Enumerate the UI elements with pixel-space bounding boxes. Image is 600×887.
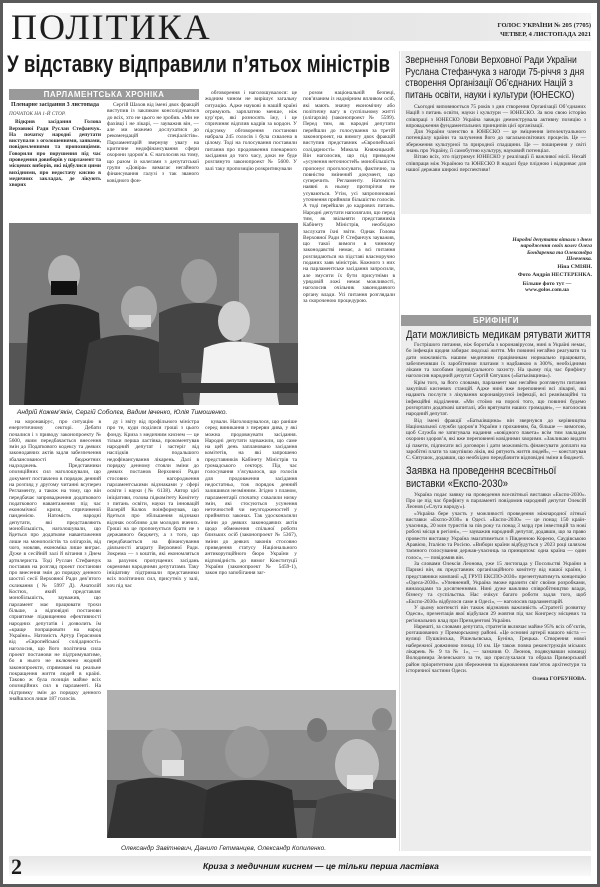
briefing-paragraph: «Україна бере участь у можливості провед…: [406, 511, 586, 561]
article-column-1-top: Пленарне засідання 3 листопада ПОЧАТОК Н…: [9, 102, 101, 215]
photo-credit: Фото Андрія НЕСТЕРЕНКА.: [502, 272, 592, 278]
author-signature: Ніна СМІЯН.: [502, 264, 592, 270]
article-subhead: Пленарне засідання 3 листопада: [9, 102, 101, 109]
briefing-2-text: Україна подає заявку на проведення всесв…: [401, 492, 591, 683]
article-column-1-mid: на коронавірус, про ситуацію в енергетич…: [9, 419, 101, 849]
birthday-note: Народні депутати вітали з днем народженн…: [502, 237, 592, 262]
sidebar-paragraph: Вітаю всіх, хто підтримує ЮНЕСКО у реалі…: [406, 154, 586, 173]
rubric-title: ПОЛІТИКА: [11, 9, 212, 45]
newspaper-issue: ГОЛОС УКРАЇНИ № 205 (7705): [498, 21, 591, 30]
main-headline: У відставку відправили п’ятьох міністрів: [7, 51, 311, 79]
photo-deputies-1: [9, 223, 298, 405]
briefing-author: Олена ГОРБУНОВА.: [406, 676, 586, 682]
section-briefings: БРИФІНГИ: [401, 315, 591, 326]
continued-from: ПОЧАТОК НА 1-Й СТОР.: [9, 111, 101, 117]
issue-date: ЧЕТВЕР, 4 ЛИСТОПАДА 2021: [498, 30, 591, 39]
sidebar-text: Сьогодні виповнюється 75 років з дня ств…: [401, 104, 591, 173]
issue-info: ГОЛОС УКРАЇНИ № 205 (7705) ЧЕТВЕР, 4 ЛИС…: [498, 21, 591, 39]
article-text: Сергій Шахов від імені двох фракцій вист…: [107, 102, 199, 184]
briefing-2-title: Заявка на проведення всесвітньої виставк…: [406, 465, 576, 491]
briefing-paragraph: Нарешті, за словами депутата, стратегія …: [406, 624, 586, 674]
article-text: розом національній безпеці, пов’язаним і…: [303, 90, 395, 304]
briefing-1-title: Дати можливість медикам рятувати життя: [406, 329, 586, 342]
photo-illustration: [9, 223, 298, 405]
article-column-3-top: обговорення і наголошувалося: це жодним …: [205, 90, 297, 215]
briefing-paragraph: За словами Олексія Леонова, уже 15 листо…: [406, 561, 586, 605]
sidebar-paragraph: Для України членство в ЮНЕСКО — це зміцн…: [406, 129, 586, 154]
section-parliament-chronicle: ПАРЛАМЕНТСЬКА ХРОНІКА: [9, 89, 199, 100]
briefings-box: БРИФІНГИ Дати можливість медикам рятуват…: [401, 315, 591, 851]
photo-deputies-2: [107, 690, 396, 838]
article-text: на коронавірус, про ситуацію в енергетич…: [9, 419, 101, 702]
photo-illustration: [107, 690, 396, 838]
briefing-paragraph: Україна подає заявку на проведення всесв…: [406, 492, 586, 511]
page-number: 2: [11, 856, 22, 878]
article-text: ду і звіту від профільного міністра про …: [107, 419, 199, 589]
more-photos-link[interactable]: Більше фото тут — www.golos.com.ua: [502, 281, 592, 294]
newspaper-page: ПОЛІТИКА ГОЛОС УКРАЇНИ № 205 (7705) ЧЕТВ…: [3, 3, 597, 884]
briefing-paragraph: Гострішого питання, ніж боротьба з корон…: [406, 342, 586, 380]
sidebar-paragraph: Сьогодні виповнюється 75 років з дня ств…: [406, 104, 586, 129]
unesco-address-box: Звернення Голови Верховної Ради України …: [401, 51, 591, 214]
briefing-1-text: Гострішого питання, ніж боротьба з корон…: [401, 342, 591, 462]
column-divider: [399, 51, 400, 851]
photo-1-caption: Андрій Кожем’якін, Сергій Соболєв, Вадим…: [17, 409, 227, 416]
briefing-paragraph: Від імені фракції «Батьківщина» він звер…: [406, 418, 586, 462]
article-text: кували. Наголошувалося, що раніше серед …: [205, 419, 297, 576]
article-text: Відкрив засідання Голова Верховної Ради …: [9, 119, 101, 188]
photo-2-caption: Олександр Завітневич, Данило Гетманцев, …: [121, 845, 326, 852]
article-column-3-mid: кували. Наголошувалося, що раніше серед …: [205, 419, 297, 609]
article-column-2-top: Сергій Шахов від імені двох фракцій вист…: [107, 102, 199, 215]
briefing-paragraph: У цьому контексті він також відзначив ва…: [406, 605, 586, 624]
photo-note-block: Народні депутати вітали з днем народженн…: [502, 237, 592, 307]
article-column-2-mid: ду і звіту від профільного міністра про …: [107, 419, 199, 609]
sidebar-title: Звернення Голови Верховної Ради України …: [401, 51, 591, 104]
article-column-4: розом національній безпеці, пов’язаним і…: [303, 90, 395, 608]
article-text: обговорення і наголошувалося: це жодним …: [205, 90, 297, 172]
footer-slogan: Криза з медичним киснем — це тільки перш…: [203, 861, 439, 871]
briefing-paragraph: Крім того, за його словами, парламент ма…: [406, 380, 586, 418]
